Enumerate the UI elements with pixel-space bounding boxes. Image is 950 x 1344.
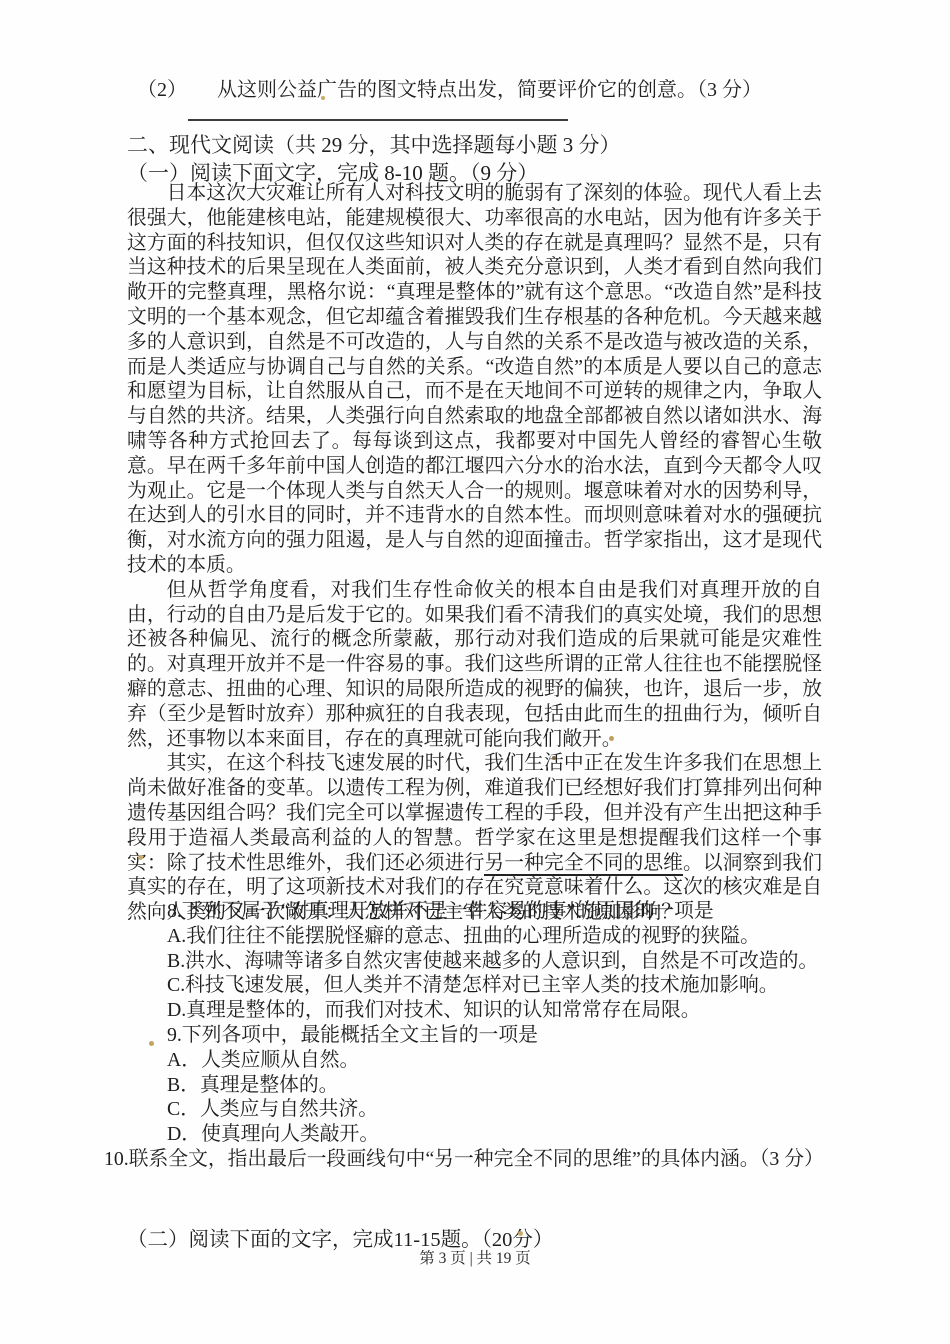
scan-artifact-dot (609, 736, 614, 741)
passage-paragraph-1: 日本这次大灾难让所有人对科技文明的脆弱有了深刻的体验。现代人看上去很强大，他能建… (127, 181, 822, 578)
page-footer: 第 3 页 | 共 19 页 (0, 1246, 950, 1268)
question-2-text: 从这则公益广告的图文特点出发，简要评价它的创意。（3 分） (217, 79, 762, 101)
question-9-choice-a: A．人类应顺从自然。 (104, 1048, 834, 1073)
scan-artifact-dot (552, 756, 556, 760)
question-8-choice-c: C.科技飞速发展，但人类并不清楚怎样对已主宰人类的技术施加影响。 (104, 973, 834, 998)
underlined-phrase: 另一种完全不同的思维 (484, 852, 683, 876)
question-8-choice-b: B.洪水、海啸等诸多自然灾害使越来越多的人意识到，自然是不可改造的。 (104, 949, 834, 974)
exam-page: （2）从这则公益广告的图文特点出发，简要评价它的创意。（3 分） 二、现代文阅读… (0, 0, 950, 1344)
question-9-choice-d: D．使真理向人类敲开。 (104, 1122, 834, 1147)
scan-artifact-dot (138, 855, 143, 860)
scan-artifact-dot (149, 1041, 154, 1046)
scan-artifact-dot (321, 96, 325, 100)
section-two-heading: 二、现代文阅读（共 29 分，其中选择题每小题 3 分） (127, 129, 621, 159)
question-9-choice-b: B．真理是整体的。 (104, 1073, 834, 1098)
question-2-line: （2）从这则公益广告的图文特点出发，简要评价它的创意。（3 分） (137, 73, 762, 102)
questions-block: 8.下列不属于“对真理开放并不是一件容易的事”的原因的一项是 A.我们往往不能摆… (104, 899, 834, 1172)
answer-blank-line (188, 103, 568, 121)
reading-passage: 日本这次大灾难让所有人对科技文明的脆弱有了深刻的体验。现代人看上去很强大，他能建… (127, 181, 822, 925)
question-2-number: （2） (137, 79, 187, 101)
scan-artifact-dot (518, 1231, 523, 1236)
question-8-stem: 8.下列不属于“对真理开放并不是一件容易的事”的原因的一项是 (104, 899, 834, 924)
question-9-stem: 9.下列各项中，最能概括全文主旨的一项是 (104, 1023, 834, 1048)
question-8-choice-a: A.我们往往不能摆脱怪癖的意志、扭曲的心理所造成的视野的狭隘。 (104, 924, 834, 949)
passage-paragraph-2: 但从哲学角度看，对我们生存性命攸关的根本自由是我们对真理开放的自由，行动的自由乃… (127, 578, 822, 752)
question-8-choice-d: D.真理是整体的，而我们对技术、知识的认知常常存在局限。 (104, 998, 834, 1023)
question-10: 10.联系全文，指出最后一段画线句中“另一种完全不同的思维”的具体内涵。（3 分… (104, 1147, 834, 1172)
question-9-choice-c: C．人类应与自然共济。 (104, 1097, 834, 1122)
